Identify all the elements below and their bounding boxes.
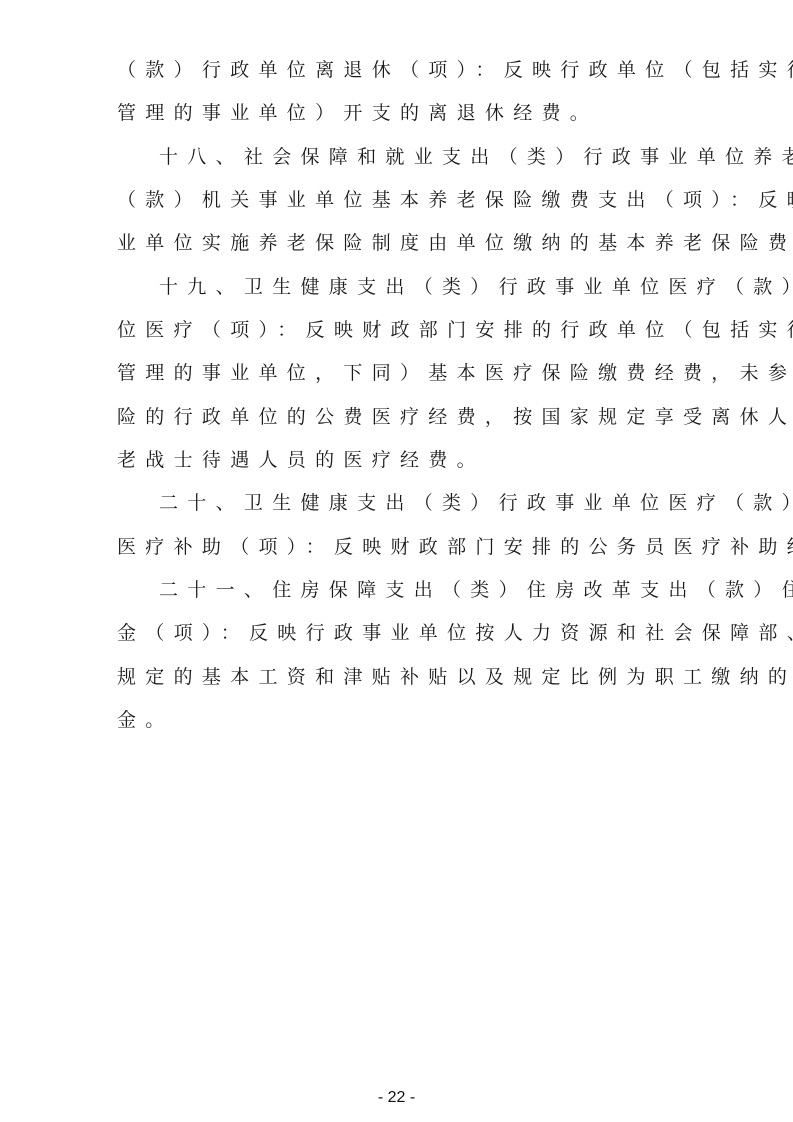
paragraph-item-19: 十九、卫生健康支出（类）行政事业单位医疗（款）行政单 位医疗（项）：反映财政部门… <box>117 273 697 490</box>
text-line: 管理的事业单位）开支的离退休经费。 <box>117 99 697 142</box>
text-line: 二十、卫生健康支出（类）行政事业单位医疗（款）公务员 <box>117 489 697 532</box>
text-line: 医疗补助（项）：反映财政部门安排的公务员医疗补助经费。 <box>117 533 697 576</box>
text-line: 规定的基本工资和津贴补贴以及规定比例为职工缴纳的住房公积 <box>117 663 697 706</box>
text-line: 金（项）：反映行政事业单位按人力资源和社会保障部、财政部 <box>117 619 697 662</box>
paragraph-item-21: 二十一、住房保障支出（类）住房改革支出（款）住房公积 金（项）：反映行政事业单位… <box>117 576 697 749</box>
document-body: （款）行政单位离退休（项）：反映行政单位（包括实行公务员 管理的事业单位）开支的… <box>117 56 697 750</box>
page-number: - 22 - <box>0 1089 793 1107</box>
paragraph-item-20: 二十、卫生健康支出（类）行政事业单位医疗（款）公务员 医疗补助（项）：反映财政部… <box>117 489 697 576</box>
paragraph-continuation-17: （款）行政单位离退休（项）：反映行政单位（包括实行公务员 管理的事业单位）开支的… <box>117 56 697 143</box>
text-line: 老战士待遇人员的医疗经费。 <box>117 446 697 489</box>
text-line: 金。 <box>117 706 697 749</box>
text-line: 十八、社会保障和就业支出（类）行政事业单位养老支出 <box>117 143 697 186</box>
text-line: 管理的事业单位，下同）基本医疗保险缴费经费，未参加医疗保 <box>117 359 697 402</box>
text-line: 业单位实施养老保险制度由单位缴纳的基本养老保险费支出。 <box>117 229 697 272</box>
text-line: （款）行政单位离退休（项）：反映行政单位（包括实行公务员 <box>117 56 697 99</box>
text-line: 十九、卫生健康支出（类）行政事业单位医疗（款）行政单 <box>117 273 697 316</box>
paragraph-item-18: 十八、社会保障和就业支出（类）行政事业单位养老支出 （款）机关事业单位基本养老保… <box>117 143 697 273</box>
text-line: 位医疗（项）：反映财政部门安排的行政单位（包括实行公务员 <box>117 316 697 359</box>
text-line: 险的行政单位的公费医疗经费，按国家规定享受离休人员、红军 <box>117 403 697 446</box>
text-line: 二十一、住房保障支出（类）住房改革支出（款）住房公积 <box>117 576 697 619</box>
text-line: （款）机关事业单位基本养老保险缴费支出（项）：反映机关事 <box>117 186 697 229</box>
